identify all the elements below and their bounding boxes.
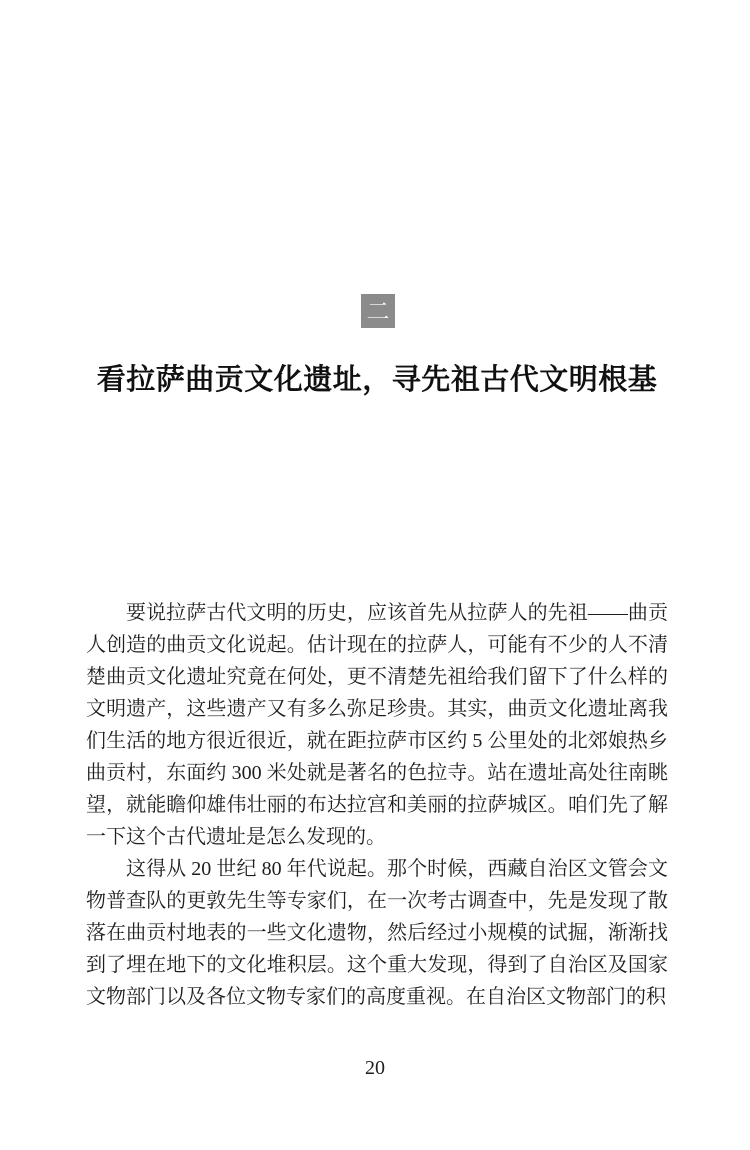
body-text: 要说拉萨古代文明的历史，应该首先从拉萨人的先祖——曲贡人创造的曲贡文化说起。估计… — [86, 597, 668, 1013]
page-number-footer: 20 — [0, 1056, 750, 1080]
book-page: 二 看拉萨曲贡文化遗址，寻先祖古代文明根基 要说拉萨古代文明的历史，应该首先从拉… — [0, 0, 750, 1150]
paragraph: 要说拉萨古代文明的历史，应该首先从拉萨人的先祖——曲贡人创造的曲贡文化说起。估计… — [86, 597, 668, 853]
chapter-number-label: 二 — [367, 300, 390, 323]
paragraph: 这得从 20 世纪 80 年代说起。那个时候，西藏自治区文管会文物普查队的更敦先… — [86, 853, 668, 1013]
chapter-title: 看拉萨曲贡文化遗址，寻先祖古代文明根基 — [86, 361, 668, 399]
chapter-number-badge: 二 — [361, 294, 395, 328]
